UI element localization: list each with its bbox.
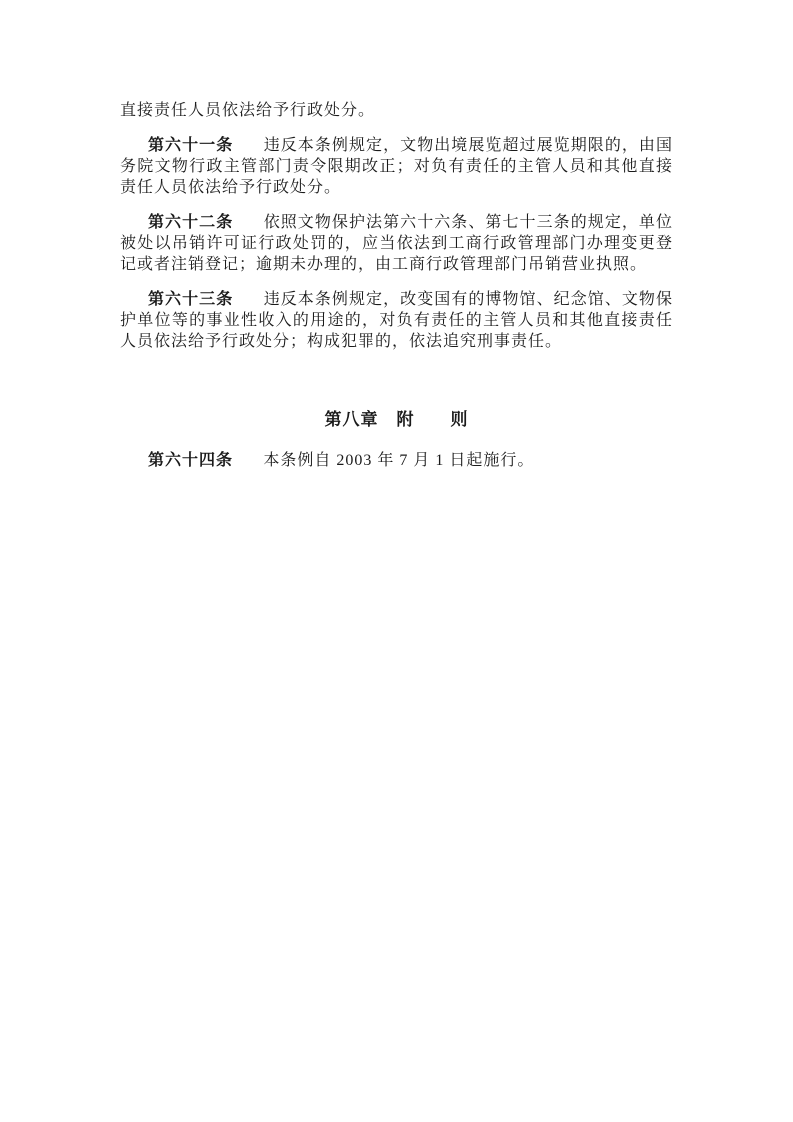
article-64-number: 第六十四条 — [148, 452, 233, 469]
article-62-paragraph: 第六十二条依照文物保护法第六十六条、第七十三条的规定，单位被处以吊销许可证行政处… — [120, 212, 673, 275]
article-64-paragraph: 第六十四条本条例自 2003 年 7 月 1 日起施行。 — [120, 450, 673, 471]
article-63-number: 第六十三条 — [148, 291, 233, 308]
document-page: 直接责任人员依法给予行政处分。 第六十一条违反本条例规定，文物出境展览超过展览期… — [0, 0, 793, 1122]
paragraph-continuation-fragment: 直接责任人员依法给予行政处分。 — [120, 100, 673, 121]
article-62-number: 第六十二条 — [148, 214, 233, 231]
article-61-number: 第六十一条 — [148, 137, 233, 154]
article-64-text: 本条例自 2003 年 7 月 1 日起施行。 — [263, 452, 534, 469]
article-61-paragraph: 第六十一条违反本条例规定，文物出境展览超过展览期限的，由国务院文物行政主管部门责… — [120, 135, 673, 198]
article-63-paragraph: 第六十三条违反本条例规定，改变国有的博物馆、纪念馆、文物保护单位等的事业性收入的… — [120, 289, 673, 352]
chapter-8-heading: 第八章 附 则 — [120, 409, 673, 431]
